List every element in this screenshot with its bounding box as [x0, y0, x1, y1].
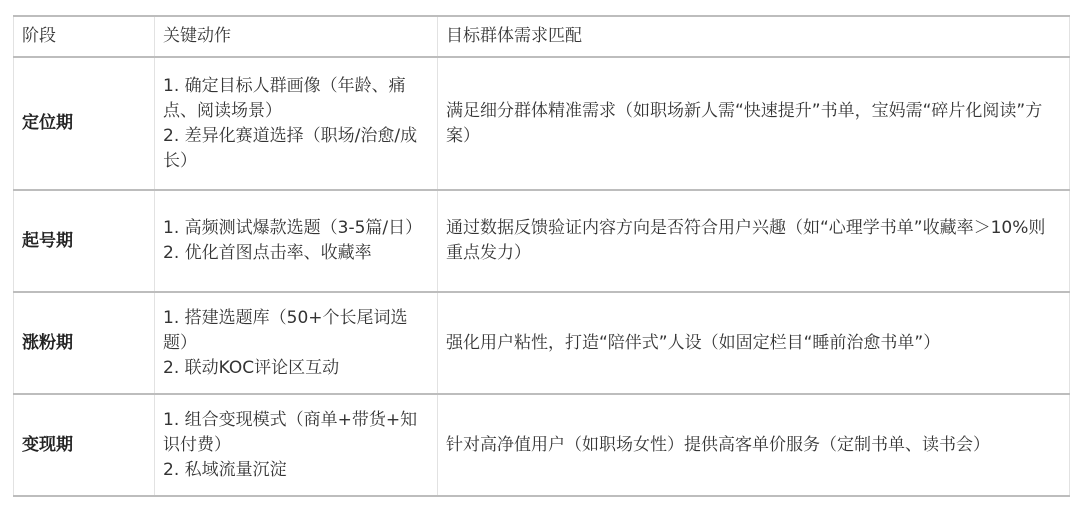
table-row: 定位期 1. 确定目标人群画像（年龄、痛点、阅读场景） 2. 差异化赛道选择（职…: [14, 57, 1070, 190]
actions-cell: 1. 确定目标人群画像（年龄、痛点、阅读场景） 2. 差异化赛道选择（职场/治愈…: [155, 57, 438, 190]
actions-cell: 1. 组合变现模式（商单+带货+知识付费） 2. 私域流量沉淀: [155, 394, 438, 496]
actions-cell: 1. 高频测试爆款选题（3-5篇/日） 2. 优化首图点击率、收藏率: [155, 190, 438, 292]
stage-cell: 涨粉期: [14, 292, 155, 394]
actions-cell: 1. 搭建选题库（50+个长尾词选题） 2. 联动KOC评论区互动: [155, 292, 438, 394]
header-key-actions: 关键动作: [155, 16, 438, 57]
action-item: 1. 高频测试爆款选题（3-5篇/日）: [163, 216, 429, 241]
header-row: 阶段 关键动作 目标群体需求匹配: [14, 16, 1070, 57]
stage-cell: 起号期: [14, 190, 155, 292]
table-row: 起号期 1. 高频测试爆款选题（3-5篇/日） 2. 优化首图点击率、收藏率 通…: [14, 190, 1070, 292]
stage-cell: 变现期: [14, 394, 155, 496]
match-cell: 强化用户粘性，打造“陪伴式”人设（如固定栏目“睡前治愈书单”）: [438, 292, 1070, 394]
action-item: 1. 组合变现模式（商单+带货+知识付费）: [163, 408, 429, 458]
match-cell: 通过数据反馈验证内容方向是否符合用户兴趣（如“心理学书单”收藏率＞10%则重点发…: [438, 190, 1070, 292]
action-item: 2. 差异化赛道选择（职场/治愈/成长）: [163, 124, 429, 174]
match-cell: 满足细分群体精准需求（如职场新人需“快速提升”书单，宝妈需“碎片化阅读”方案）: [438, 57, 1070, 190]
stage-strategy-table: 阶段 关键动作 目标群体需求匹配 定位期 1. 确定目标人群画像（年龄、痛点、阅…: [13, 15, 1070, 497]
header-target-match: 目标群体需求匹配: [438, 16, 1070, 57]
action-item: 1. 搭建选题库（50+个长尾词选题）: [163, 306, 429, 356]
match-cell: 针对高净值用户（如职场女性）提供高客单价服务（定制书单、读书会）: [438, 394, 1070, 496]
action-item: 2. 私域流量沉淀: [163, 458, 429, 483]
table-row: 变现期 1. 组合变现模式（商单+带货+知识付费） 2. 私域流量沉淀 针对高净…: [14, 394, 1070, 496]
action-item: 2. 优化首图点击率、收藏率: [163, 241, 429, 266]
action-item: 2. 联动KOC评论区互动: [163, 356, 429, 381]
header-stage: 阶段: [14, 16, 155, 57]
stage-cell: 定位期: [14, 57, 155, 190]
table-row: 涨粉期 1. 搭建选题库（50+个长尾词选题） 2. 联动KOC评论区互动 强化…: [14, 292, 1070, 394]
action-item: 1. 确定目标人群画像（年龄、痛点、阅读场景）: [163, 74, 429, 124]
